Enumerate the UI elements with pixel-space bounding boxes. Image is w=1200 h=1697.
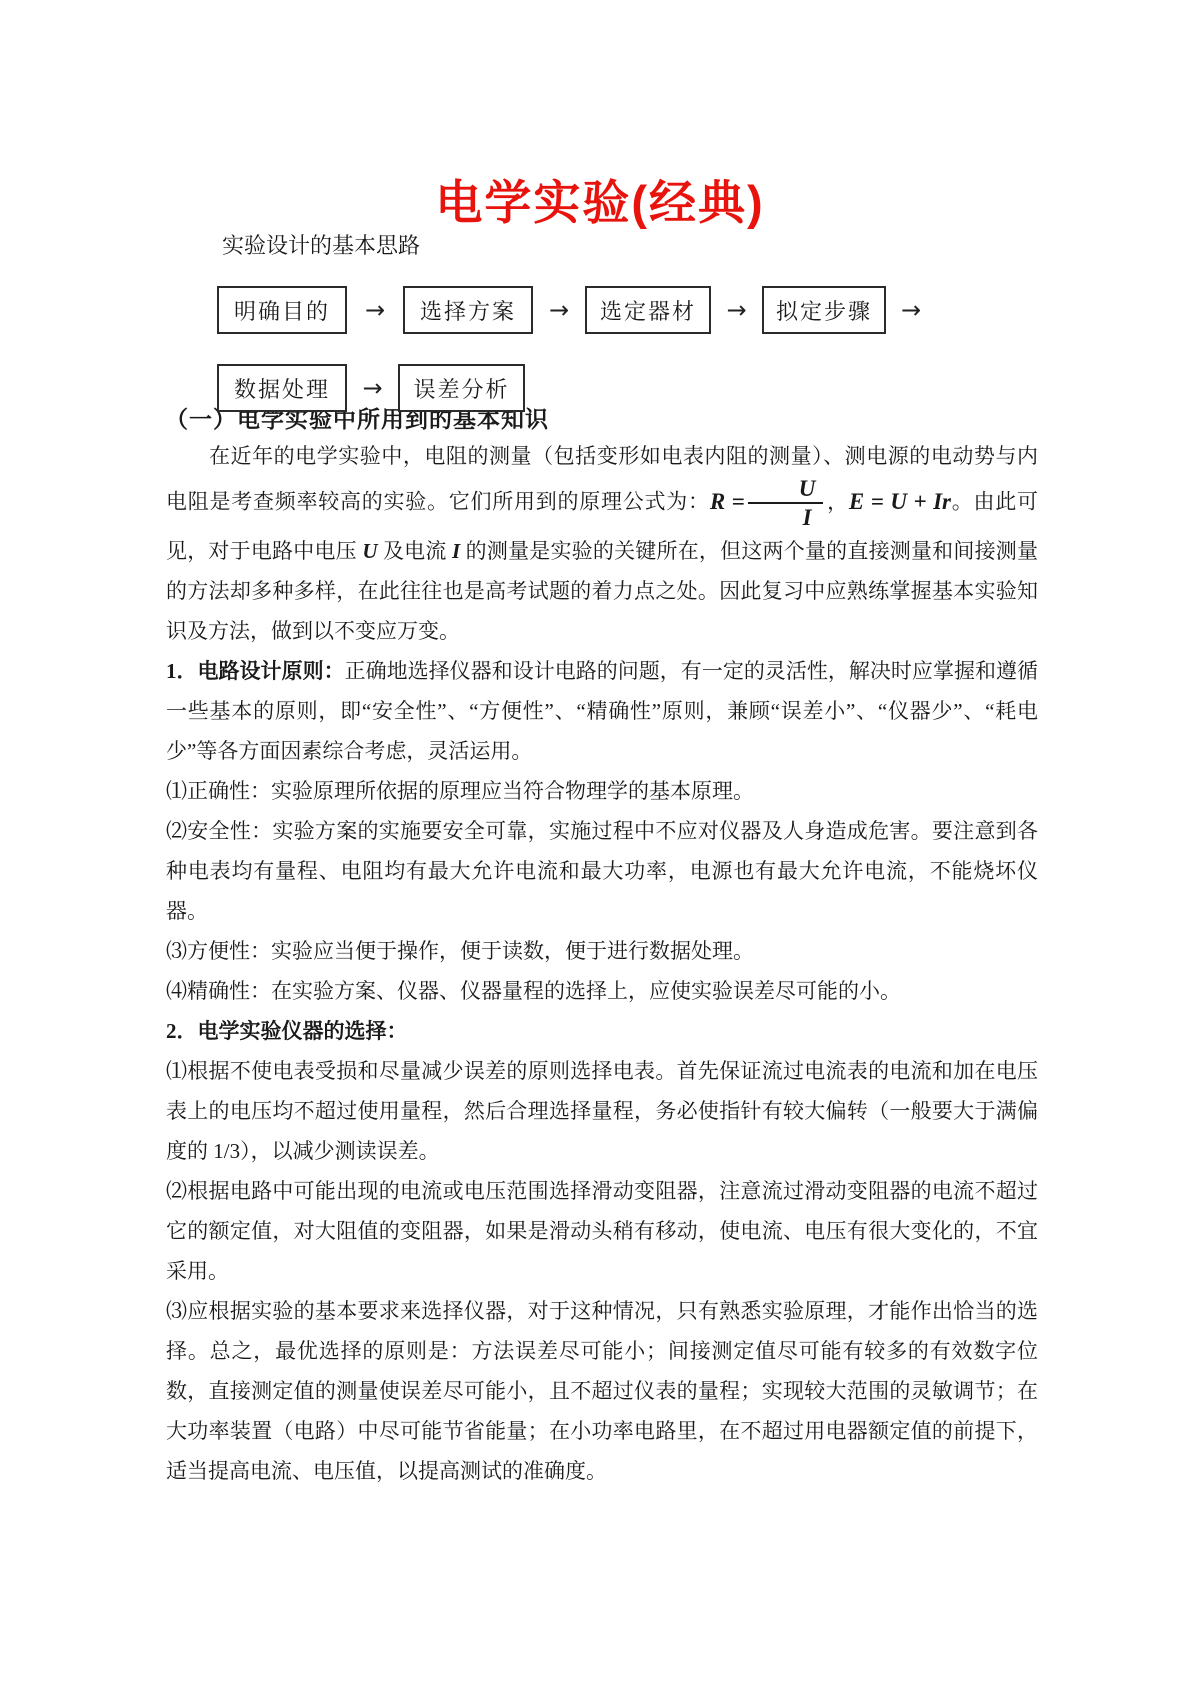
flow-step-error-analysis: 误差分析	[398, 364, 525, 412]
item-label: ⑵安全性：	[166, 819, 272, 843]
item-label: ⑴正确性：	[166, 779, 271, 803]
document-title: 电学实验(经典)	[0, 166, 1200, 233]
item-text: 在实验方案、仪器、仪器量程的选择上，应使实验误差尽可能的小。	[271, 979, 901, 1003]
arrow-right-icon: →	[347, 364, 398, 412]
flow-step-select-equipment: 选定器材	[585, 286, 711, 334]
arrow-right-icon: →	[886, 286, 936, 334]
instrument-item-3: ⑶应根据实验的基本要求来选择仪器，对于这种情况，只有熟悉实验原理，才能作出恰当的…	[166, 1291, 1038, 1491]
principles-label: 1．电路设计原则：	[166, 659, 345, 683]
item-label: ⑷精确性：	[166, 979, 271, 1003]
item-label: ⑵	[166, 1179, 187, 1203]
item-label: ⑶	[166, 1299, 187, 1323]
intro-paragraph: 在近年的电学实验中，电阻的测量（包括变形如电表内阻的测量）、测电源的电动势与内电…	[166, 436, 1038, 651]
instruments-label: 2．电学实验仪器的选择：	[166, 1019, 408, 1043]
arrow-right-icon: →	[711, 286, 762, 334]
variable-u: U	[362, 539, 377, 563]
item-label: ⑶方便性：	[166, 939, 271, 963]
arrow-right-icon: →	[347, 286, 403, 334]
principles-paragraph: 1．电路设计原则：正确地选择仪器和设计电路的问题，有一定的灵活性，解决时应掌握和…	[166, 651, 1038, 771]
item-text: 实验应当便于操作，便于读数，便于进行数据处理。	[271, 939, 754, 963]
formula-lhs: R =	[710, 489, 745, 514]
document-body: 在近年的电学实验中，电阻的测量（包括变形如电表内阻的测量）、测电源的电动势与内电…	[166, 436, 1038, 1491]
intro-after2: 及电流	[377, 539, 452, 563]
principle-item-correctness: ⑴正确性：实验原理所依据的原理应当符合物理学的基本原理。	[166, 771, 1038, 811]
instruments-heading: 2．电学实验仪器的选择：	[166, 1011, 1038, 1051]
document-page: 电学实验(经典) 实验设计的基本思路 明确目的 → 选择方案 → 选定器材 → …	[0, 0, 1200, 1697]
principle-item-accuracy: ⑷精确性：在实验方案、仪器、仪器量程的选择上，应使实验误差尽可能的小。	[166, 971, 1038, 1011]
flow-step-draft-steps: 拟定步骤	[762, 286, 886, 334]
flowchart-caption: 实验设计的基本思路	[222, 229, 420, 260]
item-text: 根据不使电表受损和尽量减少误差的原则选择电表。首先保证流过电流表的电流和加在电压…	[166, 1059, 1038, 1163]
fraction: UI	[748, 476, 824, 531]
flow-step-choose-plan: 选择方案	[403, 286, 533, 334]
item-text: 应根据实验的基本要求来选择仪器，对于这种情况，只有熟悉实验原理，才能作出恰当的选…	[166, 1299, 1038, 1483]
fraction-numerator: U	[748, 476, 824, 504]
formula-separator: ，	[826, 490, 849, 514]
arrow-right-icon: →	[533, 286, 585, 334]
item-text: 根据电路中可能出现的电流或电压范围选择滑动变阻器，注意流过滑动变阻器的电流不超过…	[166, 1179, 1038, 1283]
flow-step-define-goal: 明确目的	[217, 286, 347, 334]
formula-ohms-law: R =UI，E = U + Ir	[710, 489, 951, 514]
instrument-item-1: ⑴根据不使电表受损和尽量减少误差的原则选择电表。首先保证流过电流表的电流和加在电…	[166, 1051, 1038, 1171]
item-text: 实验方案的实施要安全可靠，实施过程中不应对仪器及人身造成危害。要注意到各种电表均…	[166, 819, 1038, 923]
item-label: ⑴	[166, 1059, 187, 1083]
instrument-item-2: ⑵根据电路中可能出现的电流或电压范围选择滑动变阻器，注意流过滑动变阻器的电流不超…	[166, 1171, 1038, 1291]
fraction-denominator: I	[748, 504, 824, 530]
item-text: 实验原理所依据的原理应当符合物理学的基本原理。	[271, 779, 754, 803]
formula-emf: E = U + Ir	[849, 489, 951, 514]
principle-item-convenience: ⑶方便性：实验应当便于操作，便于读数，便于进行数据处理。	[166, 931, 1038, 971]
flow-step-data-processing: 数据处理	[217, 364, 347, 412]
principle-item-safety: ⑵安全性：实验方案的实施要安全可靠，实施过程中不应对仪器及人身造成危害。要注意到…	[166, 811, 1038, 931]
variable-i: I	[452, 539, 460, 563]
